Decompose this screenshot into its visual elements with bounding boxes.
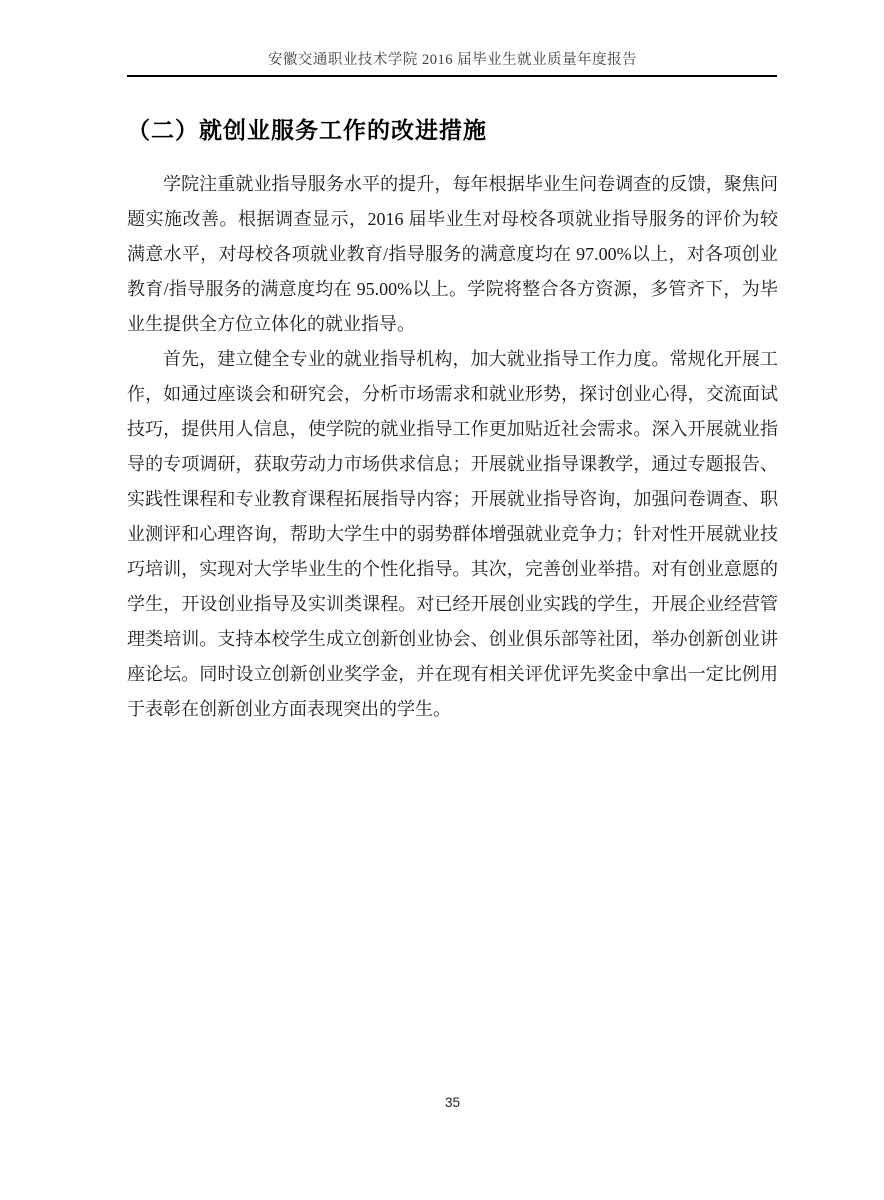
- body-text: 学院注重就业指导服务水平的提升，每年根据毕业生问卷调查的反馈，聚焦问题实施改善。…: [127, 167, 778, 727]
- document-page: 安徽交通职业技术学院 2016 届毕业生就业质量年度报告 （二）就创业服务工作的…: [0, 0, 884, 1200]
- body-paragraph-2: 首先，建立健全专业的就业指导机构，加大就业指导工作力度。常规化开展工作，如通过座…: [127, 342, 778, 727]
- running-header: 安徽交通职业技术学院 2016 届毕业生就业质量年度报告: [127, 48, 778, 69]
- body-paragraph-1: 学院注重就业指导服务水平的提升，每年根据毕业生问卷调查的反馈，聚焦问题实施改善。…: [127, 167, 778, 342]
- section-title: （二）就创业服务工作的改进措施: [127, 112, 787, 145]
- header-rule: [127, 75, 777, 77]
- page-number: 35: [127, 1095, 778, 1110]
